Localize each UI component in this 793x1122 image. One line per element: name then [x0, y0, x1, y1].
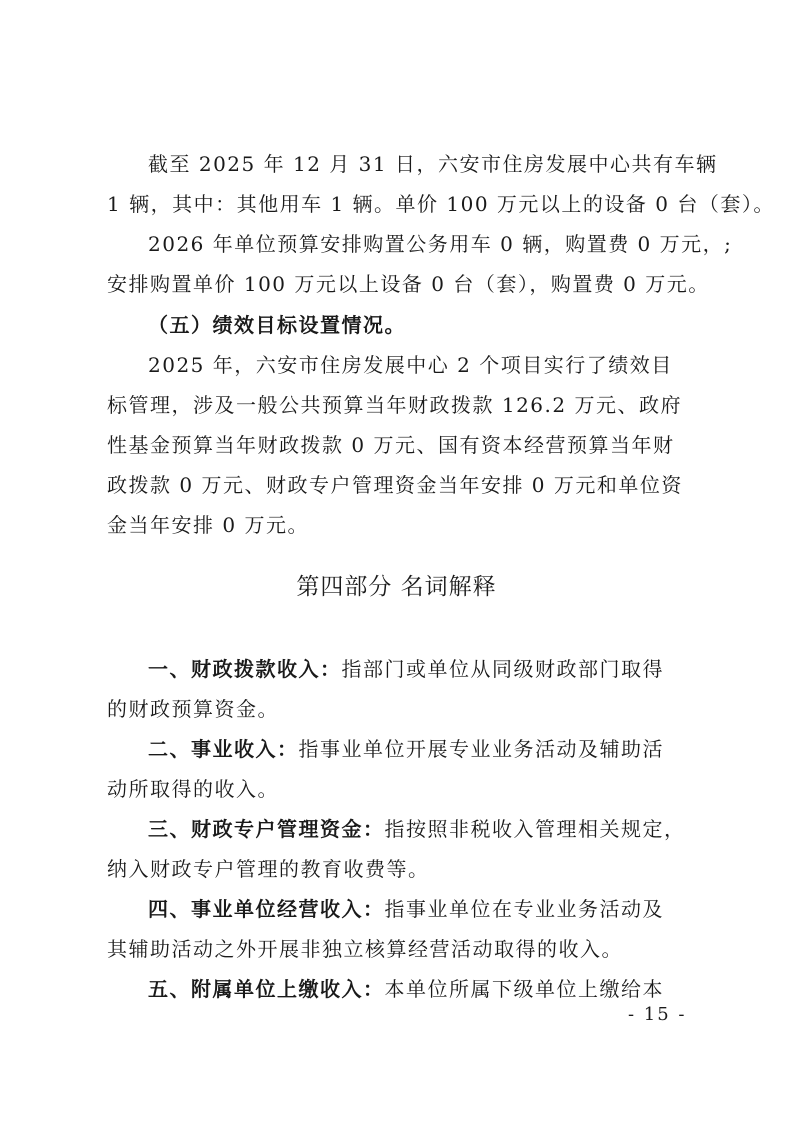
vehicles-line-2: 1 辆，其中：其他用车 1 辆。单价 100 万元以上的设备 0 台（套）。	[107, 190, 687, 218]
term-2-cont: 动所取得的收入。	[107, 775, 687, 803]
term-2-label: 二、事业收入：	[148, 737, 299, 761]
term-1-def: 指部门或单位从同级财政部门取得	[342, 657, 665, 681]
term-3-cont: 纳入财政专户管理的教育收费等。	[107, 855, 687, 883]
performance-line-4: 政拨款 0 万元、财政专户管理资金当年安排 0 万元和单位资	[107, 471, 687, 499]
performance-line-3: 性基金预算当年财政拨款 0 万元、国有资本经营预算当年财	[107, 431, 687, 459]
vehicles-line-1: 截至 2025 年 12 月 31 日，六安市住房发展中心共有车辆	[148, 150, 688, 178]
term-1: 一、财政拨款收入：指部门或单位从同级财政部门取得	[148, 655, 688, 683]
term-5-label: 五、附属单位上缴收入：	[148, 977, 385, 1001]
term-4-cont: 其辅助活动之外开展非独立核算经营活动取得的收入。	[107, 935, 687, 963]
vehicles-line-4: 安排购置单价 100 万元以上设备 0 台（套），购置费 0 万元。	[107, 270, 687, 298]
term-3-def: 指按照非税收入管理相关规定，	[385, 817, 686, 841]
term-3-label: 三、财政专户管理资金：	[148, 817, 385, 841]
performance-line-2: 标管理，涉及一般公共预算当年财政拨款 126.2 万元、政府	[107, 391, 687, 419]
term-4: 四、事业单位经营收入：指事业单位在专业业务活动及	[148, 895, 688, 923]
term-4-def: 指事业单位在专业业务活动及	[385, 897, 665, 921]
page-number: - 15 -	[628, 1003, 687, 1027]
term-2: 二、事业收入：指事业单位开展专业业务活动及辅助活	[148, 735, 688, 763]
term-1-cont: 的财政预算资金。	[107, 695, 687, 723]
document-page: 截至 2025 年 12 月 31 日，六安市住房发展中心共有车辆 1 辆，其中…	[0, 0, 793, 1122]
term-3: 三、财政专户管理资金：指按照非税收入管理相关规定，	[148, 815, 688, 843]
performance-line-1: 2025 年，六安市住房发展中心 2 个项目实行了绩效目	[148, 351, 688, 379]
term-4-label: 四、事业单位经营收入：	[148, 897, 385, 921]
term-2-def: 指事业单位开展专业业务活动及辅助活	[299, 737, 665, 761]
section-title: 第四部分 名词解释	[0, 572, 793, 602]
term-5-def: 本单位所属下级单位上缴给本	[385, 977, 665, 1001]
term-1-label: 一、财政拨款收入：	[148, 657, 342, 681]
term-5: 五、附属单位上缴收入：本单位所属下级单位上缴给本	[148, 975, 688, 1003]
performance-line-5: 金当年安排 0 万元。	[107, 511, 687, 539]
vehicles-line-3: 2026 年单位预算安排购置公务用车 0 辆，购置费 0 万元，;	[148, 230, 688, 258]
performance-heading: （五）绩效目标设置情况。	[148, 311, 688, 339]
